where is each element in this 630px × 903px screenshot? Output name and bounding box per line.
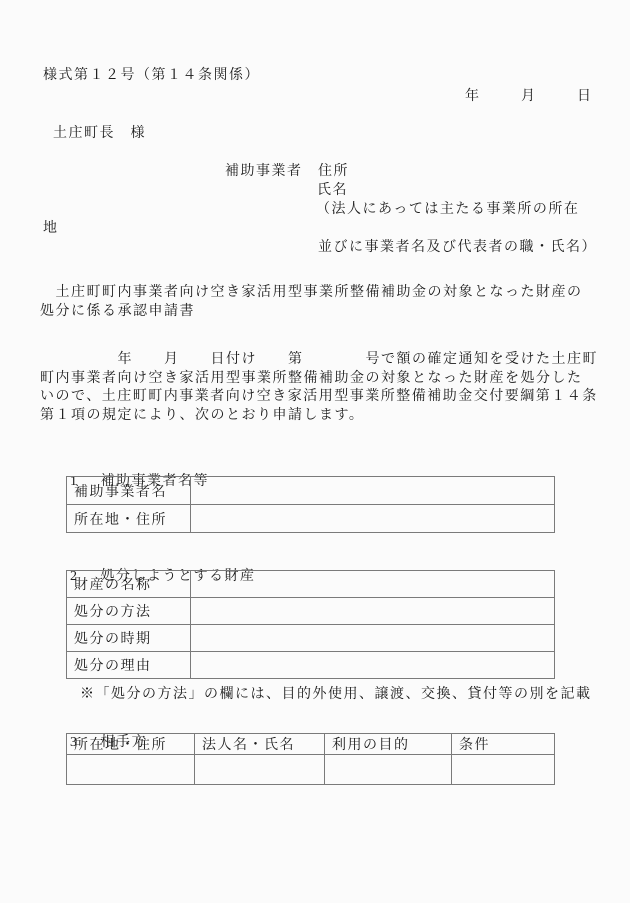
row-label-disposal-time: 処分の時期 — [67, 625, 191, 652]
date-line: 年 月 日 — [465, 88, 591, 107]
disposal-method-note: ※「処分の方法」の欄には、目的外使用、譲渡、交換、貸付等の別を記載 — [80, 686, 592, 705]
table-header-row: 所在地・住所 法人名・氏名 利用の目的 条件 — [67, 734, 555, 755]
table-row: 補助事業者名 — [67, 477, 555, 505]
input-cell-location — [191, 505, 555, 533]
input-cell-disposal-time — [191, 625, 555, 652]
document-title: 土庄町町内事業者向け空き家活用型事業所整備補助金の対象となった財産の 処分に係る… — [40, 284, 606, 321]
table-row: 財産の名称 — [67, 571, 555, 598]
input-cell-location — [67, 755, 195, 785]
row-label-disposal-reason: 処分の理由 — [67, 652, 191, 679]
table-row: 処分の時期 — [67, 625, 555, 652]
applicant-label-address: 補助事業者 住所 — [225, 163, 349, 182]
applicant-note-line2: 並びに事業者名及び代表者の職・氏名） — [318, 239, 597, 258]
table-row: 処分の方法 — [67, 598, 555, 625]
body-paragraph: 年 月 日付け 第 号で額の確定通知を受けた土庄町 町内事業者向け空き家活用型事… — [40, 351, 606, 425]
table-counterparty: 所在地・住所 法人名・氏名 利用の目的 条件 — [66, 733, 555, 785]
applicant-label-name: 氏名 — [317, 182, 348, 201]
col-header-location: 所在地・住所 — [67, 734, 195, 755]
col-header-conditions: 条件 — [452, 734, 555, 755]
input-cell-property-name — [191, 571, 555, 598]
applicant-note-line1: （法人にあっては主たる事業所の所在 — [316, 201, 579, 220]
applicant-note-wrap: 地 — [43, 220, 59, 239]
row-label-property-name: 財産の名称 — [67, 571, 191, 598]
col-header-purpose: 利用の目的 — [325, 734, 452, 755]
input-cell-corporate-name — [195, 755, 325, 785]
input-cell-business-name — [191, 477, 555, 505]
document-page: 様式第１２号（第１４条関係） 年 月 日 土庄町長 様 補助事業者 住所 氏名 … — [0, 0, 630, 903]
table-applicant: 補助事業者名 所在地・住所 — [66, 476, 555, 533]
table-row: 所在地・住所 — [67, 505, 555, 533]
row-label-location: 所在地・住所 — [67, 505, 191, 533]
row-label-business-name: 補助事業者名 — [67, 477, 191, 505]
table-property: 財産の名称 処分の方法 処分の時期 処分の理由 — [66, 570, 555, 679]
form-number: 様式第１２号（第１４条関係） — [43, 67, 260, 86]
row-label-disposal-method: 処分の方法 — [67, 598, 191, 625]
table-row: 処分の理由 — [67, 652, 555, 679]
input-cell-disposal-method — [191, 598, 555, 625]
input-cell-disposal-reason — [191, 652, 555, 679]
input-cell-purpose — [325, 755, 452, 785]
col-header-corporate-name: 法人名・氏名 — [195, 734, 325, 755]
table-row — [67, 755, 555, 785]
addressee: 土庄町長 様 — [53, 125, 146, 144]
input-cell-conditions — [452, 755, 555, 785]
